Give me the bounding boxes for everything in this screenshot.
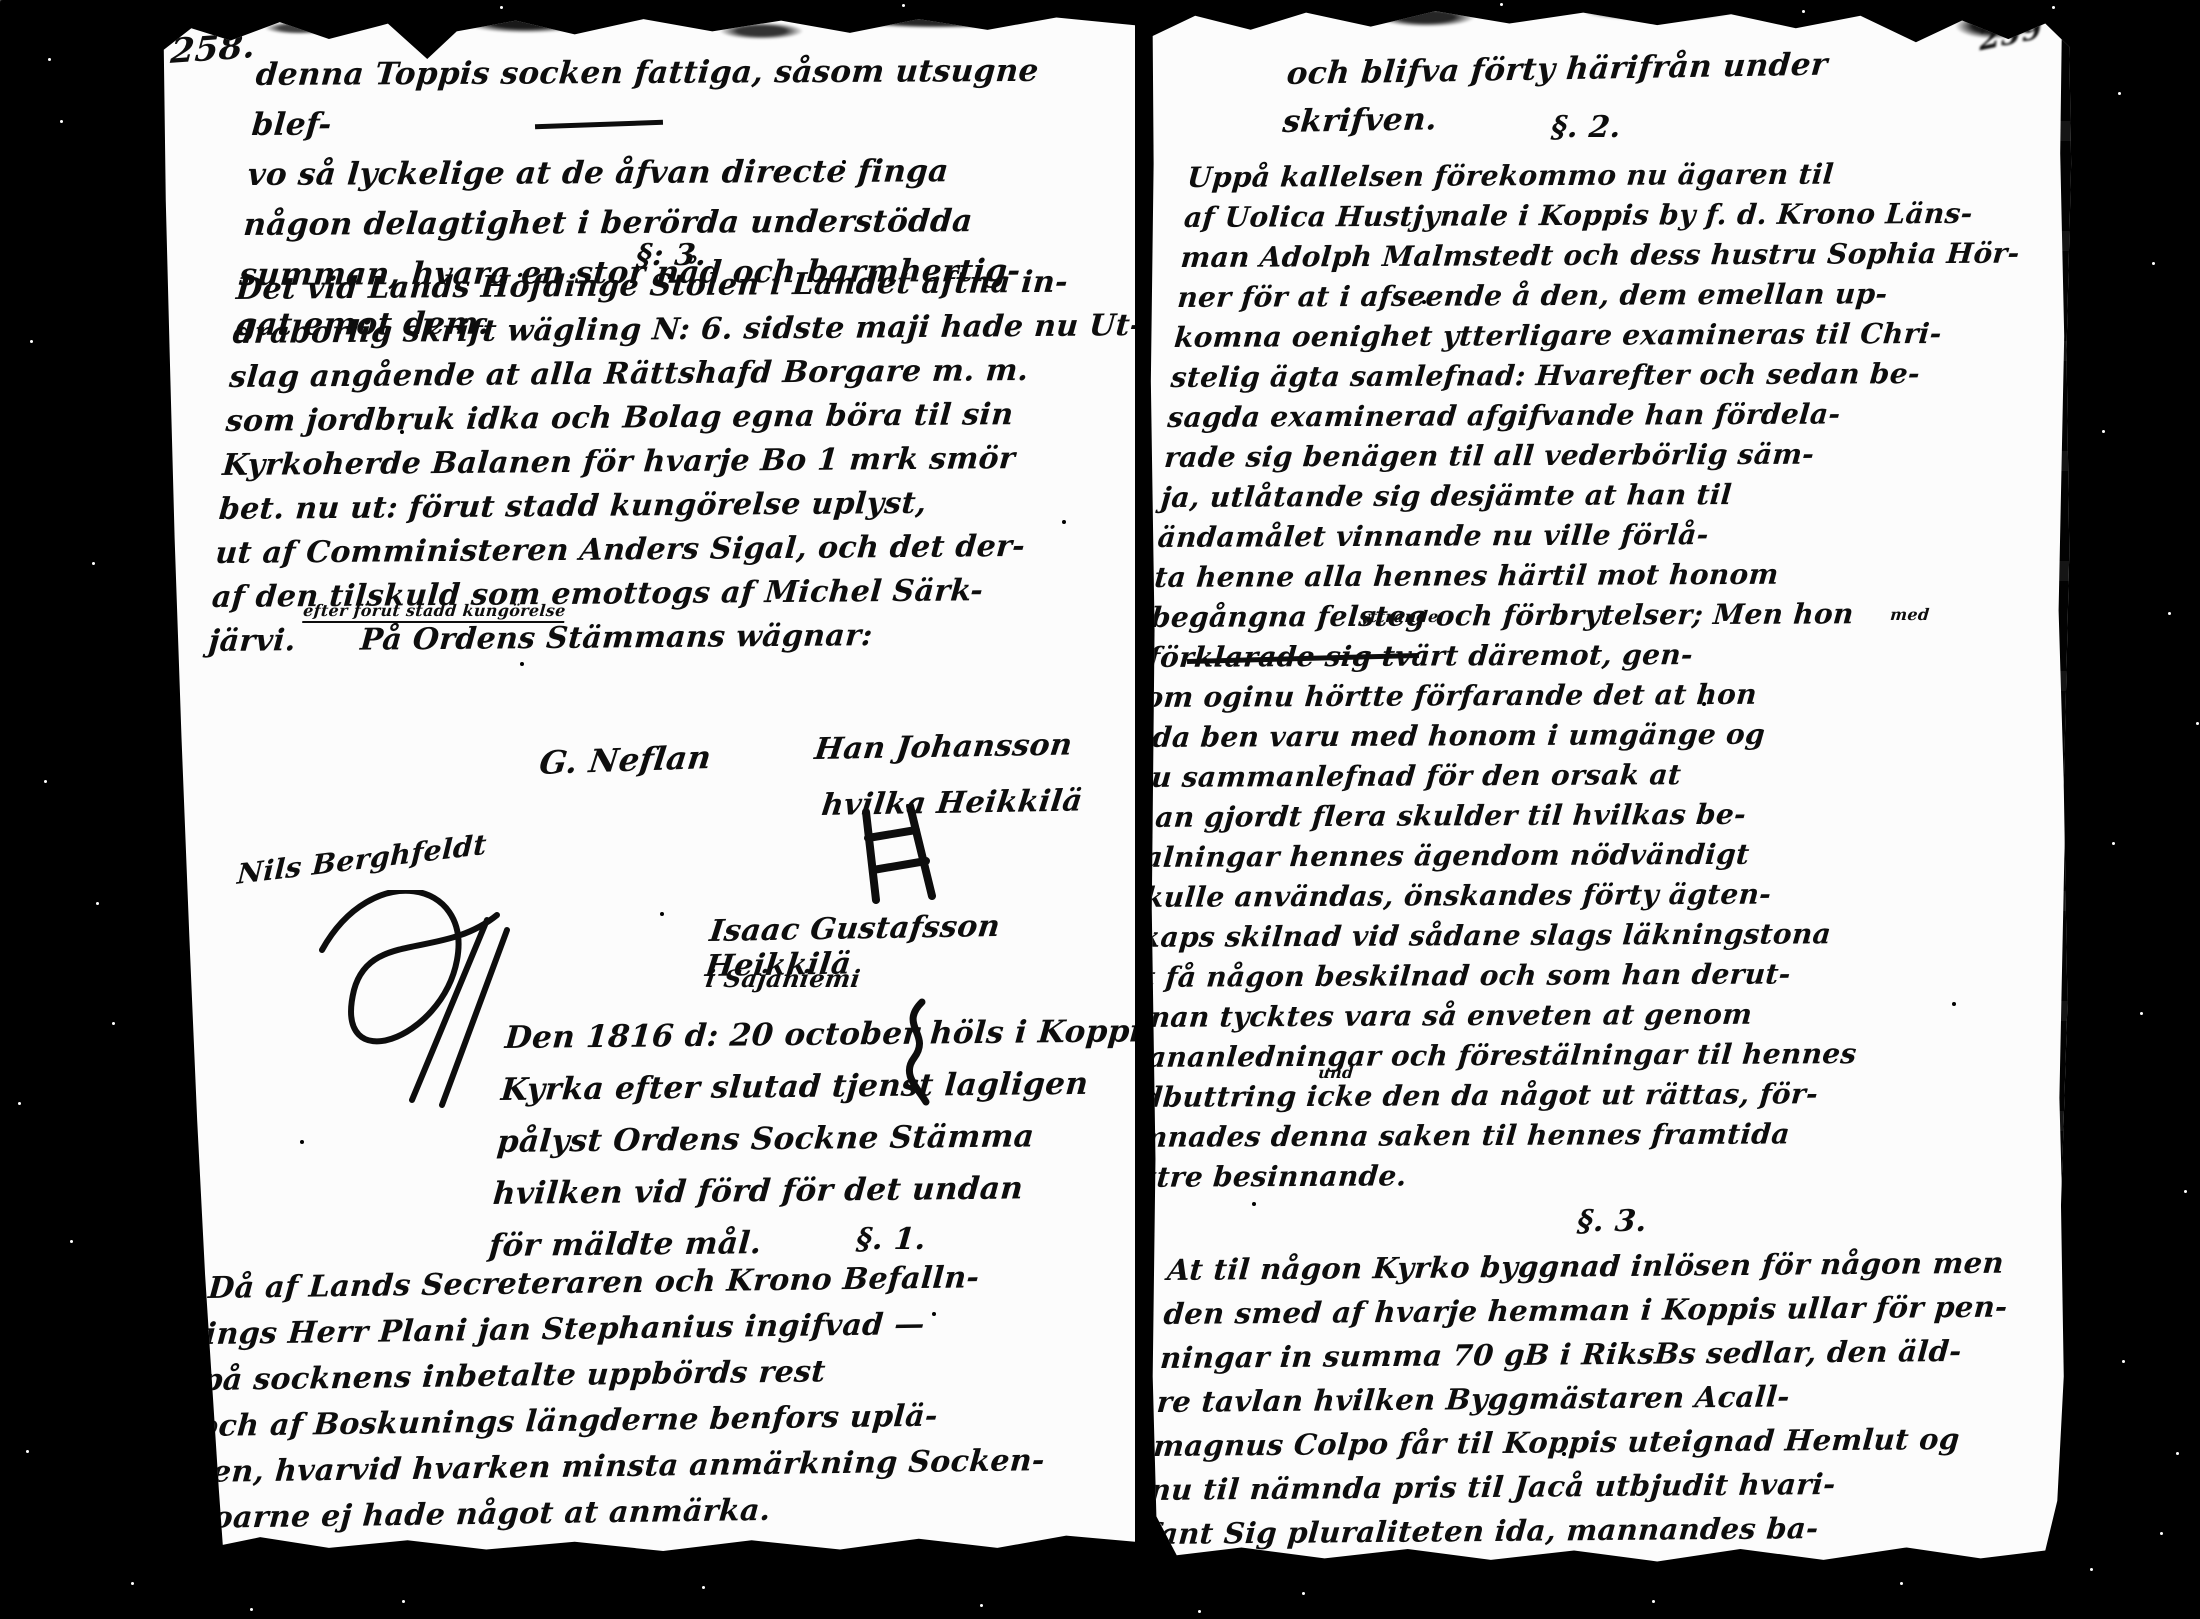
signature-4-line-2: i Sajaniemi [704, 964, 862, 993]
ladder-house-mark-icon [852, 804, 942, 904]
paragraph-section-1: Då af Lands Secreteraren och Krono Befal… [190, 1253, 1151, 1542]
interline-insertion-note: efter förut stadd kungörelse [302, 602, 566, 623]
section-3-heading: §. 3. [1576, 1204, 1648, 1239]
manuscript-page-left: 258. denna Toppis socken fattiga, såsom … [152, 16, 1135, 1551]
marginal-correction-note: med [1889, 606, 1930, 624]
signature-3: Nils Berghfeldt [236, 828, 487, 891]
binding-shadow-band [2057, 31, 2073, 1555]
paragraph-meeting-date: Den 1816 d: 20 october höls i Koppis Kyr… [487, 1005, 1168, 1272]
page-number-left: 258. [169, 26, 256, 72]
paragraph-section-3: At til någon Kyrko byggnad inlösen för n… [1145, 1240, 2066, 1556]
signature-2-line-1: Han Johansson [813, 728, 1075, 767]
archival-scan-canvas: 258. denna Toppis socken fattiga, såsom … [0, 0, 2200, 1619]
paragraph-section-2: Uppå kallelsen förekommo nu ägaren til a… [1103, 153, 2059, 1198]
marginal-correction-note: und [1317, 1064, 1354, 1082]
page-dust-specks [0, 0, 4, 4]
signature-1: G. Neflan [537, 738, 713, 782]
manuscript-page-right: 259 och blifva förty härifrån under skri… [1149, 8, 2073, 1563]
marginal-correction-note: yttrande [1359, 608, 1439, 626]
paragraph-continuation: och blifva förty härifrån under skrifven… [1281, 38, 1991, 146]
section-2-heading: §. 2. [1550, 110, 1622, 145]
section-1-heading: §. 1. [855, 1222, 927, 1257]
